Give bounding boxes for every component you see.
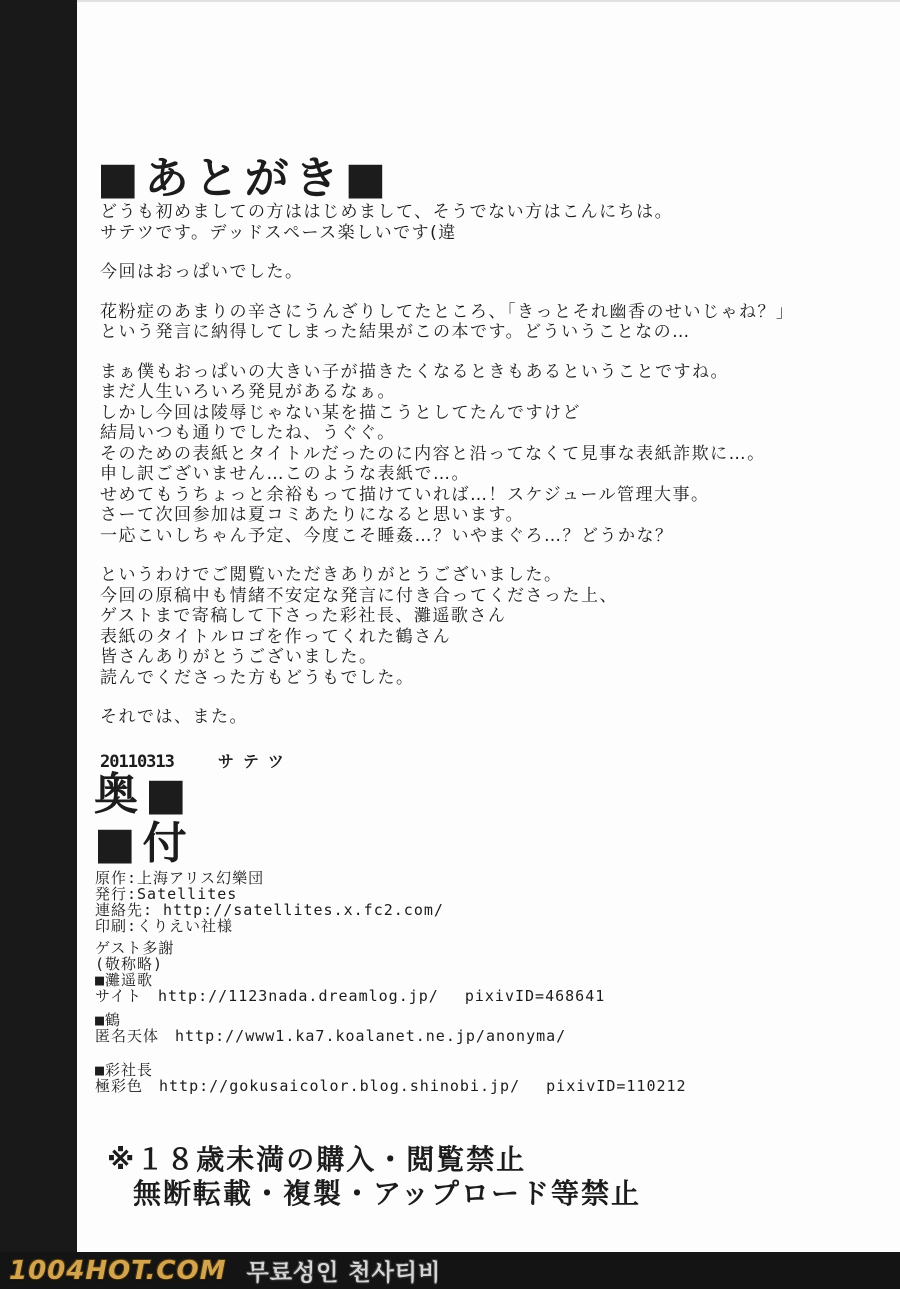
colophon-title: 奥■ ■付 — [94, 770, 194, 868]
age-restriction-warning: ※１８歳未満の購入・閲覧禁止 無断転載・複製・アップロード等禁止 — [107, 1143, 641, 1211]
text-line: 表紙のタイトルロゴを作ってくれた鶴さん — [100, 627, 795, 648]
afterword-title: ■あとがき■ — [97, 142, 392, 206]
text-line: というわけでご閲覧いただきありがとうございました。 — [100, 565, 795, 586]
text-line: まぁ僕もおっぱいの大きい子が描きたくなるときもあるということですね。 — [100, 362, 795, 383]
text-line: 今回はおっぱいでした。 — [100, 262, 795, 283]
guest-site-url: 極彩色 http://gokusaicolor.blog.shinobi.jp/… — [95, 1078, 687, 1094]
guest-honorifics-note: (敬称略) — [95, 956, 687, 972]
text-line: 今回の原稿中も情緒不安定な発言に付き合ってくださった上、 — [100, 586, 795, 607]
afterword-body: どうも初めましての方ははじめまして、そうでない方はこんにちは。 サテツです。デッ… — [100, 202, 795, 747]
text-line: 花粉症のあまりの辛さにうんざりしてたところ、「きっとそれ幽香のせいじゃね？」 — [100, 302, 795, 323]
guest-site-url: サイト http://1123nada.dreamlog.jp/ pixivID… — [95, 988, 687, 1004]
paragraph-farewell: それでは、また。 — [100, 707, 795, 728]
text-line: サテツです。デッドスペース楽しいです(違 — [100, 223, 795, 244]
colophon-title-line: 奥■ — [94, 770, 194, 819]
text-line: せめてもうちょっと余裕もって描けていれば…！スケジュール管理大事。 — [100, 485, 795, 506]
text-line: どうも初めましての方ははじめまして、そうでない方はこんにちは。 — [100, 202, 795, 223]
page: ■あとがき■ どうも初めましての方ははじめまして、そうでない方はこんにちは。 サ… — [0, 0, 900, 1289]
text-line: という発言に納得してしまった結果がこの本です。どういうことなの… — [100, 322, 795, 343]
paragraph-hayfever: 花粉症のあまりの辛さにうんざりしてたところ、「きっとそれ幽香のせいじゃね？」 と… — [100, 302, 795, 343]
paragraph-greeting: どうも初めましての方ははじめまして、そうでない方はこんにちは。 サテツです。デッ… — [100, 202, 795, 243]
paragraph-reflection: まぁ僕もおっぱいの大きい子が描きたくなるときもあるということですね。 まだ人生い… — [100, 362, 795, 547]
colophon-publisher: 発行:Satellites — [95, 886, 687, 902]
guest-entry: ■彩社長 極彩色 http://gokusaicolor.blog.shinob… — [95, 1062, 687, 1094]
text-line: 一応こいしちゃん予定、今度こそ睡姦…？いやまぐろ…？どうかな？ — [100, 526, 795, 547]
scan-top-edge — [0, 0, 900, 2]
paragraph-thanks: というわけでご閲覧いただきありがとうございました。 今回の原稿中も情緒不安定な発… — [100, 565, 795, 688]
colophon-original-work: 原作:上海アリス幻樂団 — [95, 870, 687, 886]
text-line: しかし今回は陵辱じゃない某を描こうとしてたんですけど — [100, 403, 795, 424]
text-line: 読んでくださった方もどうもでした。 — [100, 668, 795, 689]
paragraph-theme: 今回はおっぱいでした。 — [100, 262, 795, 283]
warning-line-reproduction: 無断転載・複製・アップロード等禁止 — [133, 1177, 641, 1211]
text-line: 結局いつも通りでしたね、うぐぐ。 — [100, 423, 795, 444]
watermark-site-name: 1004HOT.COM — [9, 1256, 226, 1286]
guest-entry: ■鶴 匿名天体 http://www1.ka7.koalanet.ne.jp/a… — [95, 1012, 687, 1044]
watermark-korean-label: 무료성인 천사티비 — [246, 1254, 441, 1287]
warning-line-purchase: ※１８歳未満の購入・閲覧禁止 — [107, 1143, 641, 1177]
text-line: ゲストまで寄稿して下さった彩社長、灘遥歌さん — [100, 606, 795, 627]
text-line: 申し訳ございません…このような表紙で…。 — [100, 464, 795, 485]
text-line: それでは、また。 — [100, 707, 795, 728]
guest-thanks-header: ゲスト多謝 — [95, 940, 687, 956]
colophon-contact-url: 連絡先: http://satellites.x.fc2.com/ — [95, 902, 687, 918]
signature-author: サテツ — [218, 749, 293, 772]
guest-name: ■彩社長 — [95, 1062, 687, 1078]
guest-name: ■灘遥歌 — [95, 972, 687, 988]
colophon-printer: 印刷:くりえい社様 — [95, 918, 687, 934]
text-line: 皆さんありがとうございました。 — [100, 647, 795, 668]
colophon-title-line: ■付 — [94, 819, 194, 868]
text-line: まだ人生いろいろ発見があるなぁ。 — [100, 382, 795, 403]
left-black-margin-bar — [0, 0, 77, 1289]
guest-entry: ■灘遥歌 サイト http://1123nada.dreamlog.jp/ pi… — [95, 972, 687, 1004]
text-line: さーて次回参加は夏コミあたりになると思います。 — [100, 505, 795, 526]
colophon-block: 原作:上海アリス幻樂団 発行:Satellites 連絡先: http://sa… — [95, 870, 687, 1094]
guest-name: ■鶴 — [95, 1012, 687, 1028]
guest-site-url: 匿名天体 http://www1.ka7.koalanet.ne.jp/anon… — [95, 1028, 687, 1044]
watermark-bar: 1004HOT.COM 무료성인 천사티비 — [0, 1252, 900, 1289]
text-line: そのための表紙とタイトルだったのに内容と沿ってなくて見事な表紙詐欺に…。 — [100, 444, 795, 465]
